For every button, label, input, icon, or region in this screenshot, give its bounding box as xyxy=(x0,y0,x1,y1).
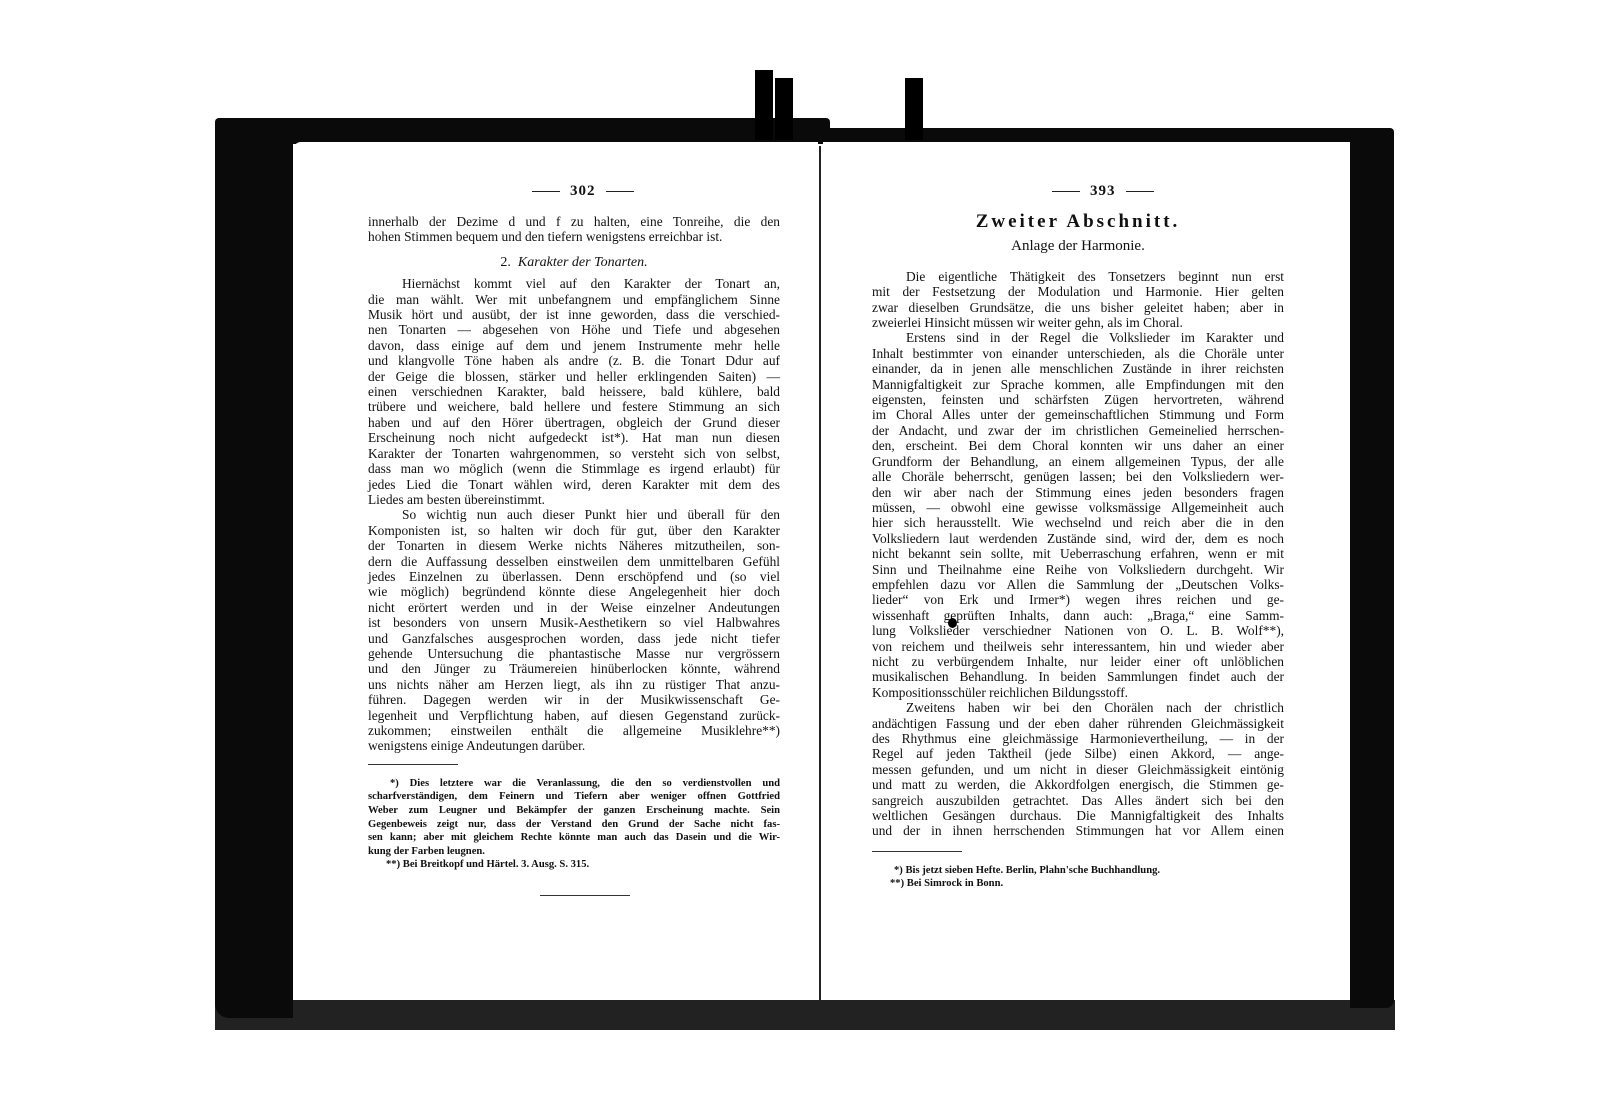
chapter-heading: Zweiter Abschnitt. xyxy=(872,214,1284,229)
footnote-line: **) Bei Simrock in Bonn. xyxy=(872,877,1284,891)
footnote-line: sen kann; aber mit gleichem Rechte könnt… xyxy=(368,831,780,845)
section-number: 2. xyxy=(500,255,511,270)
footnote-rule xyxy=(872,851,962,852)
text-line: und matt zu werden, die Akkordfolgen ene… xyxy=(872,777,1284,792)
text-line: Karakter der Tonarten wahrgenommen, so v… xyxy=(368,446,780,461)
footnotes: *) Dies letztere war die Veranlassung, d… xyxy=(368,777,780,872)
text-line: eigensten, feinsten und schärfsten Zügen… xyxy=(872,392,1284,407)
text-line: innerhalb der Dezime d und f zu halten, … xyxy=(368,214,780,229)
text-line: Sinn und Theilnahme eine Reihe von Volks… xyxy=(872,562,1284,577)
text-line: zwar dieselben Grundsätze, die uns bishe… xyxy=(872,300,1284,315)
text-line: wenigstens einige Andeutungen darüber. xyxy=(368,738,780,753)
text-line: den, erscheint. Bei dem Choral konnten w… xyxy=(872,438,1284,453)
text-line: den wir aber nach der Stimmung eines jed… xyxy=(872,485,1284,500)
footnote-line: scharfverständigen, dem Feinern und Tief… xyxy=(368,790,780,804)
text-line: Grundform der Behandlung, an einem allge… xyxy=(872,454,1284,469)
text-line: lung Volkslieder verschiedner Nationen v… xyxy=(872,623,1284,638)
book-gutter xyxy=(819,146,821,1006)
text-line: haben und auf den Hörer übertragen, obgl… xyxy=(368,415,780,430)
page-number-text: 302 xyxy=(570,183,596,199)
right-page-body: Zweiter Abschnitt. Anlage der Harmonie. … xyxy=(872,214,1284,891)
text-line: lieder“ von Erk und Irmer*) wegen ihres … xyxy=(872,592,1284,607)
text-line: So wichtig nun auch dieser Punkt hier un… xyxy=(368,507,780,522)
text-line: davon, dass einige auf dem und jenem Ins… xyxy=(368,338,780,353)
footnote-line: Gegenbeweis zeigt nur, dass der Verstand… xyxy=(368,818,780,832)
text-line: des Rhythmus eine gleichmässige Harmonie… xyxy=(872,731,1284,746)
footnotes: *) Bis jetzt sieben Hefte. Berlin, Plahn… xyxy=(872,864,1284,891)
section-title: Karakter der Tonarten. xyxy=(518,255,648,270)
text-line: Inhalt bestimmter von einander unterschi… xyxy=(872,346,1284,361)
footnote-line: **) Bei Breitkopf und Härtel. 3. Ausg. S… xyxy=(368,858,780,872)
text-line: dern die Auffassung desselben einstweile… xyxy=(368,554,780,569)
text-line: führen. Dagegen werden wir in der Musikw… xyxy=(368,692,780,707)
book-edge-left xyxy=(215,118,293,1018)
text-line: legenheit und Verpflichtung haben, auf d… xyxy=(368,708,780,723)
paragraph: So wichtig nun auch dieser Punkt hier un… xyxy=(368,507,780,754)
footnote-line: *) Dies letztere war die Veranlassung, d… xyxy=(368,777,780,791)
text-line: zweierlei Hinsicht müssen wir weiter geh… xyxy=(872,315,1284,330)
text-line: alle Choräle beherrscht, genügen lassen;… xyxy=(872,469,1284,484)
text-line: Regel auf jeden Taktheil (jede Silbe) ei… xyxy=(872,746,1284,761)
text-line: Hiernächst kommt viel auf den Karakter d… xyxy=(368,276,780,291)
text-line: Erstens sind in der Regel die Volksliede… xyxy=(872,330,1284,345)
section-heading: 2. Karakter der Tonarten. xyxy=(368,255,780,270)
text-line: die man wählt. Wer mit unbefangnem und e… xyxy=(368,292,780,307)
text-line: musikalischen Behandlung. In beiden Samm… xyxy=(872,669,1284,684)
ink-blot xyxy=(948,618,957,628)
text-line: Zweitens haben wir bei den Chorälen nach… xyxy=(872,700,1284,715)
text-line: uns nichts näher am Herzen liegt, als ih… xyxy=(368,677,780,692)
text-line: einander, da in jenen alle menschlichen … xyxy=(872,361,1284,376)
text-line: Die eigentliche Thätigkeit des Tonsetzer… xyxy=(872,269,1284,284)
text-line: Volksliedern laut werdenden Zustände sin… xyxy=(872,531,1284,546)
text-line: wie möglich) begründend könnte diese Ang… xyxy=(368,584,780,599)
chapter-subheading: Anlage der Harmonie. xyxy=(872,239,1284,254)
spine-marker xyxy=(755,70,773,140)
text-line: zukommen; einstweilen enthält die allgem… xyxy=(368,723,780,738)
text-line: im Choral Alles unter der gemeinschaftli… xyxy=(872,407,1284,422)
text-line: ist besonders von unsern Musik-Aesthetik… xyxy=(368,615,780,630)
book-edge-right xyxy=(1350,128,1394,1008)
text-line: nicht erörtert werden und in der Weise e… xyxy=(368,600,780,615)
text-line: wissenhaft geprüften Inhalts, dann auch:… xyxy=(872,608,1284,623)
text-line: empfehlen dazu vor Allen die Sammlung de… xyxy=(872,577,1284,592)
text-line: der Andacht, und zwar der im christliche… xyxy=(872,423,1284,438)
text-line: Komponisten ist, so halten wir doch für … xyxy=(368,523,780,538)
text-line: und Ganzfalsches ausgesprochen worden, d… xyxy=(368,631,780,646)
book-scan: 302 innerhalb der Dezime d und f zu halt… xyxy=(0,0,1600,1108)
text-line: weltlichen Gesängen durchaus. Die Mannig… xyxy=(872,808,1284,823)
left-page-number: 302 xyxy=(522,183,644,200)
text-line: sangreich auszubilden getrachtet. Das Al… xyxy=(872,793,1284,808)
text-line: trübere und weichere, bald hellere und f… xyxy=(368,399,780,414)
text-line: jedes Einzelnen zu überlassen. Denn ersc… xyxy=(368,569,780,584)
text-line: Mannigfaltigkeit zur Sprache kommen, all… xyxy=(872,377,1284,392)
paragraph: Hiernächst kommt viel auf den Karakter d… xyxy=(368,276,780,507)
spine-marker xyxy=(775,78,793,140)
book-edge-top-left xyxy=(215,118,830,144)
text-line: messen gefunden, und um nicht in dieser … xyxy=(872,762,1284,777)
text-line: und den Jünger zu Träumereien hinüberloc… xyxy=(368,661,780,676)
text-line: hier sich herausstellt. Wie wechselnd un… xyxy=(872,515,1284,530)
text-line: Musik hört und ausübt, der ist inne gewo… xyxy=(368,307,780,322)
text-line: müssen, — obwohl eine gewisse volksmässi… xyxy=(872,500,1284,515)
text-line: Kompositionsschüler reichlichen Bildungs… xyxy=(872,685,1284,700)
text-line: der Geige die blossen, stärker und helle… xyxy=(368,369,780,384)
text-line: gehende Untersuchung die phantastische M… xyxy=(368,646,780,661)
text-line: jedes Lied die Tonart wählen wird, deren… xyxy=(368,477,780,492)
footnote-line: Weber zum Leugner und Bekämpfer der ganz… xyxy=(368,804,780,818)
text-line: und klangvolle Töne haben als andre (z. … xyxy=(368,353,780,368)
right-page-number: 393 xyxy=(1042,183,1164,200)
book-edge-bottom xyxy=(215,1000,1395,1030)
text-line: und der in ihnen herrschenden Stimmungen… xyxy=(872,823,1284,838)
text-line: mit der Festsetzung der Modulation und H… xyxy=(872,284,1284,299)
text-line: dass man wo möglich (wenn die Stimmlage … xyxy=(368,461,780,476)
footnote-line: kung der Farben leugnen. xyxy=(368,845,780,859)
text-line: andächtigen Fassung und der eben daher r… xyxy=(872,716,1284,731)
footnote-line: *) Bis jetzt sieben Hefte. Berlin, Plahn… xyxy=(872,864,1284,878)
spine-marker xyxy=(905,78,923,140)
paragraph: Die eigentliche Thätigkeit des Tonsetzer… xyxy=(872,269,1284,331)
left-page-body: innerhalb der Dezime d und f zu halten, … xyxy=(368,214,780,872)
text-line: einen verschiednen Karakter, bald heisse… xyxy=(368,384,780,399)
footnote-rule xyxy=(368,764,458,765)
text-line: Erscheinung noch nicht aufgedeckt ist*).… xyxy=(368,430,780,445)
text-line: hohen Stimmen bequem und den tiefern wen… xyxy=(368,229,780,244)
text-line: nicht zu verbürgendem Inhalte, nur leide… xyxy=(872,654,1284,669)
text-line: nicht bekannt sein sollte, mit Ueberrasc… xyxy=(872,546,1284,561)
end-rule xyxy=(540,895,630,896)
text-line: nen Tonarten — abgesehen von Höhe und Ti… xyxy=(368,322,780,337)
paragraph: Zweitens haben wir bei den Chorälen nach… xyxy=(872,700,1284,839)
paragraph: Erstens sind in der Regel die Volksliede… xyxy=(872,330,1284,700)
page-number-text: 393 xyxy=(1090,183,1116,199)
text-line: der Tonarten in diesem Werke nichts Nähe… xyxy=(368,538,780,553)
text-line: von reichem und theilweis sehr interessa… xyxy=(872,639,1284,654)
text-line: Liedes am besten übereinstimmt. xyxy=(368,492,780,507)
